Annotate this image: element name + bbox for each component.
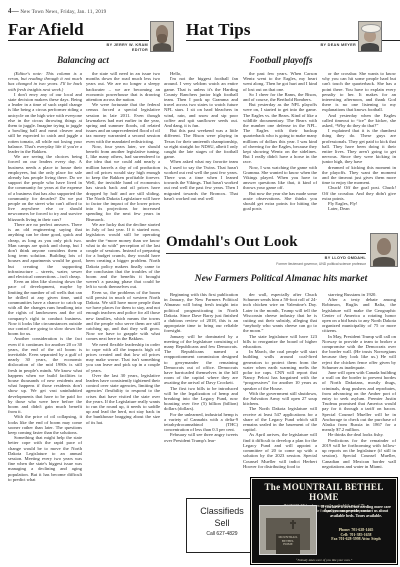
paragraph: With the government still shutdown, the …	[243, 391, 317, 407]
ad-contact-numbers: Phone: 701-628-1465 Cell: 701-385-1658 F…	[321, 528, 391, 542]
omdahl-byline: BY LLOYD OMDAHL	[216, 256, 366, 260]
paragraph: We need flexible leadership in order to …	[86, 342, 160, 373]
far-afield-byline: BY JERRY W. KRAM	[48, 43, 148, 47]
masthead: 4— New Town News, Friday, Jan. 11, 2019	[8, 7, 106, 15]
paragraph: February will see three angry tweets ove…	[164, 432, 238, 442]
omdahl-subhead: New Farmers Political Almanac hits marke…	[166, 274, 396, 284]
omdahl-column-2: der wall, especially after Chuck Schumer…	[243, 292, 317, 475]
paragraph: And yesterday when the Eagles called tim…	[322, 113, 396, 129]
paragraph: January will be dominated by a meeting o…	[164, 334, 238, 386]
paragraph: We are seeing the choices being forced o…	[8, 154, 82, 222]
page-number: 4—	[8, 7, 19, 15]
paragraph: As April arrives, the legislature will f…	[243, 432, 317, 468]
paragraph: After a testy debate among Robinson, Rug…	[322, 297, 396, 333]
paragraph: the past few years. When Carson Wentz we…	[243, 71, 317, 92]
paragraph: der wall, especially after Chuck Schumer…	[243, 292, 317, 334]
paragraph: Even so, the problems of the boom will p…	[86, 290, 160, 342]
headshot-face	[377, 238, 392, 256]
classifieds-line1: Classifieds	[187, 506, 257, 516]
paragraph: Now, I was watching the game with Gramma…	[243, 165, 317, 191]
paragraph: the state will need in an issue two mont…	[86, 71, 160, 102]
mountrail-bethel-home-ad: The MOUNTRAIL BETHEL HOME IN STANLEY has…	[250, 477, 398, 565]
paragraph: Now, four years later, we should benefit…	[86, 144, 160, 222]
far-afield-subhead: Balancing act	[8, 55, 158, 65]
hat-tips-column-1: Hello,I'm not the biggest football fan a…	[164, 71, 238, 229]
paragraph: dreamed of kicking this moment in the pl…	[322, 165, 396, 186]
paragraph: June will open with Canada building a wa…	[322, 370, 396, 432]
building-sign: MOUNTRAIL BETHEL HOME	[276, 534, 300, 554]
paragraph: Later, Dean	[322, 206, 396, 211]
sign-line: HOME	[276, 543, 300, 547]
paragraph: So I cheer for the Rams, the Bison, and …	[243, 92, 317, 102]
paragraph: Chuck! Off the goal post. Chuck! Off the…	[322, 185, 396, 201]
paragraph: With the price of oil collapsing, it loo…	[8, 414, 82, 435]
paragraph: In May, President Trump will call on Nor…	[322, 334, 396, 370]
classifieds-line2: Sell	[187, 518, 257, 528]
far-afield-column-1: (Editor's note: This column is a rerun, …	[8, 71, 82, 559]
hat-tips-byline: BY DEAN MEYER	[256, 43, 356, 47]
paragraph: But yesterday as the NFL playoffs were o…	[243, 102, 317, 164]
paragraph: In March, the coal people will start bui…	[243, 349, 317, 391]
paragraph: But this past weekend was a little diffe…	[164, 128, 238, 159]
paragraph: For the unlearned, industrial hemp is a …	[164, 412, 238, 433]
paragraph: But now the year she has made some acute…	[243, 191, 317, 212]
ad-body-text: If you have a loved one needing more car…	[321, 505, 391, 518]
headshot-shoulders	[373, 257, 395, 267]
cross-icon	[292, 520, 294, 529]
ad-building-photo: MOUNTRAIL BETHEL HOME	[259, 505, 317, 555]
paragraph: The North Dakota legislature will receiv…	[243, 406, 317, 432]
hat-tips-column-3: or the crossbar. She wants to know why y…	[322, 71, 396, 229]
paragraph: Another consideration is the fact even i…	[8, 336, 82, 414]
paragraph: Beginning with this first publication in…	[164, 292, 238, 334]
paragraph: There are no perfect answers. There is a…	[8, 222, 82, 279]
building-silhouette: MOUNTRAIL BETHEL HOME	[266, 518, 310, 550]
omdahl-byline2: Former lieutenant governor, UND politica…	[186, 262, 366, 266]
classifieds-ad-box: Classifieds Sell Call 627-4829	[186, 498, 258, 553]
hat-tips-column-2: the past few years. When Carson Wentz we…	[243, 71, 317, 229]
meyer-headshot-photo	[358, 21, 382, 52]
cowboy-hat	[361, 24, 381, 34]
paragraph: Predictions for the remainder of 2019 wi…	[322, 438, 396, 469]
headshot-shoulders	[361, 43, 379, 52]
paragraph: or the crossbar. She wants to know why y…	[322, 71, 396, 113]
paragraph: When asked what my favorite team is, I u…	[164, 159, 238, 201]
omdahl-column-3: starving Russians in 1920.After a testy …	[322, 292, 396, 475]
ad-fax: Fax 701-628-3998 Attn: Steph	[321, 537, 391, 542]
omdahl-headshot-photo	[370, 233, 398, 267]
far-afield-byline2: EDITOR	[48, 48, 148, 52]
paragraph: I don't envy any of our local and state …	[8, 92, 82, 154]
paragraph: (Editor's note: This column is a rerun, …	[8, 71, 82, 92]
hat-tips-subhead: Football playoffs	[166, 55, 396, 65]
far-afield-rule	[8, 40, 149, 41]
kram-headshot-photo	[150, 21, 174, 52]
paragraph: I'm not the biggest football fan around.…	[164, 76, 238, 128]
paragraph: I explained that it is the dumbest thing…	[322, 128, 396, 164]
far-afield-title: Far Afield	[8, 20, 84, 40]
newspaper-page: { "masthead": { "page_number": "4—", "ti…	[0, 0, 400, 567]
headshot-shoulders	[153, 43, 171, 52]
omdahl-rule	[166, 253, 366, 254]
far-afield-column-2: the state will need in an issue two mont…	[86, 71, 160, 562]
paragraph: Something that might help the state bett…	[8, 435, 82, 482]
classifieds-phone: Call 627-4829	[187, 531, 257, 537]
ad-title: The MOUNTRAIL BETHEL HOME	[251, 482, 397, 502]
omdahl-title: Omdahl's Out Look	[166, 234, 298, 251]
paragraph: The first two bills to be introduced wil…	[164, 386, 238, 412]
paragraph: Even an idea like slowing down the pace …	[8, 279, 82, 336]
omdahl-column-1: Beginning with this first publication in…	[164, 292, 238, 492]
hat-tips-title: Hat Tips	[186, 20, 251, 40]
ad-tagline: “Nobody takes care of you like your own.…	[251, 558, 397, 562]
paragraph: We are lucky that the decline started in…	[86, 222, 160, 290]
masthead-title: New Town News, Friday, Jan. 11, 2019	[20, 10, 106, 15]
headshot-beard	[157, 34, 167, 43]
paragraph: We were fortunate that the federal censu…	[86, 102, 160, 144]
paragraph: The state legislature will have 123 bill…	[243, 334, 317, 350]
paragraph: Over the last 30 years, legislative lead…	[86, 373, 160, 425]
